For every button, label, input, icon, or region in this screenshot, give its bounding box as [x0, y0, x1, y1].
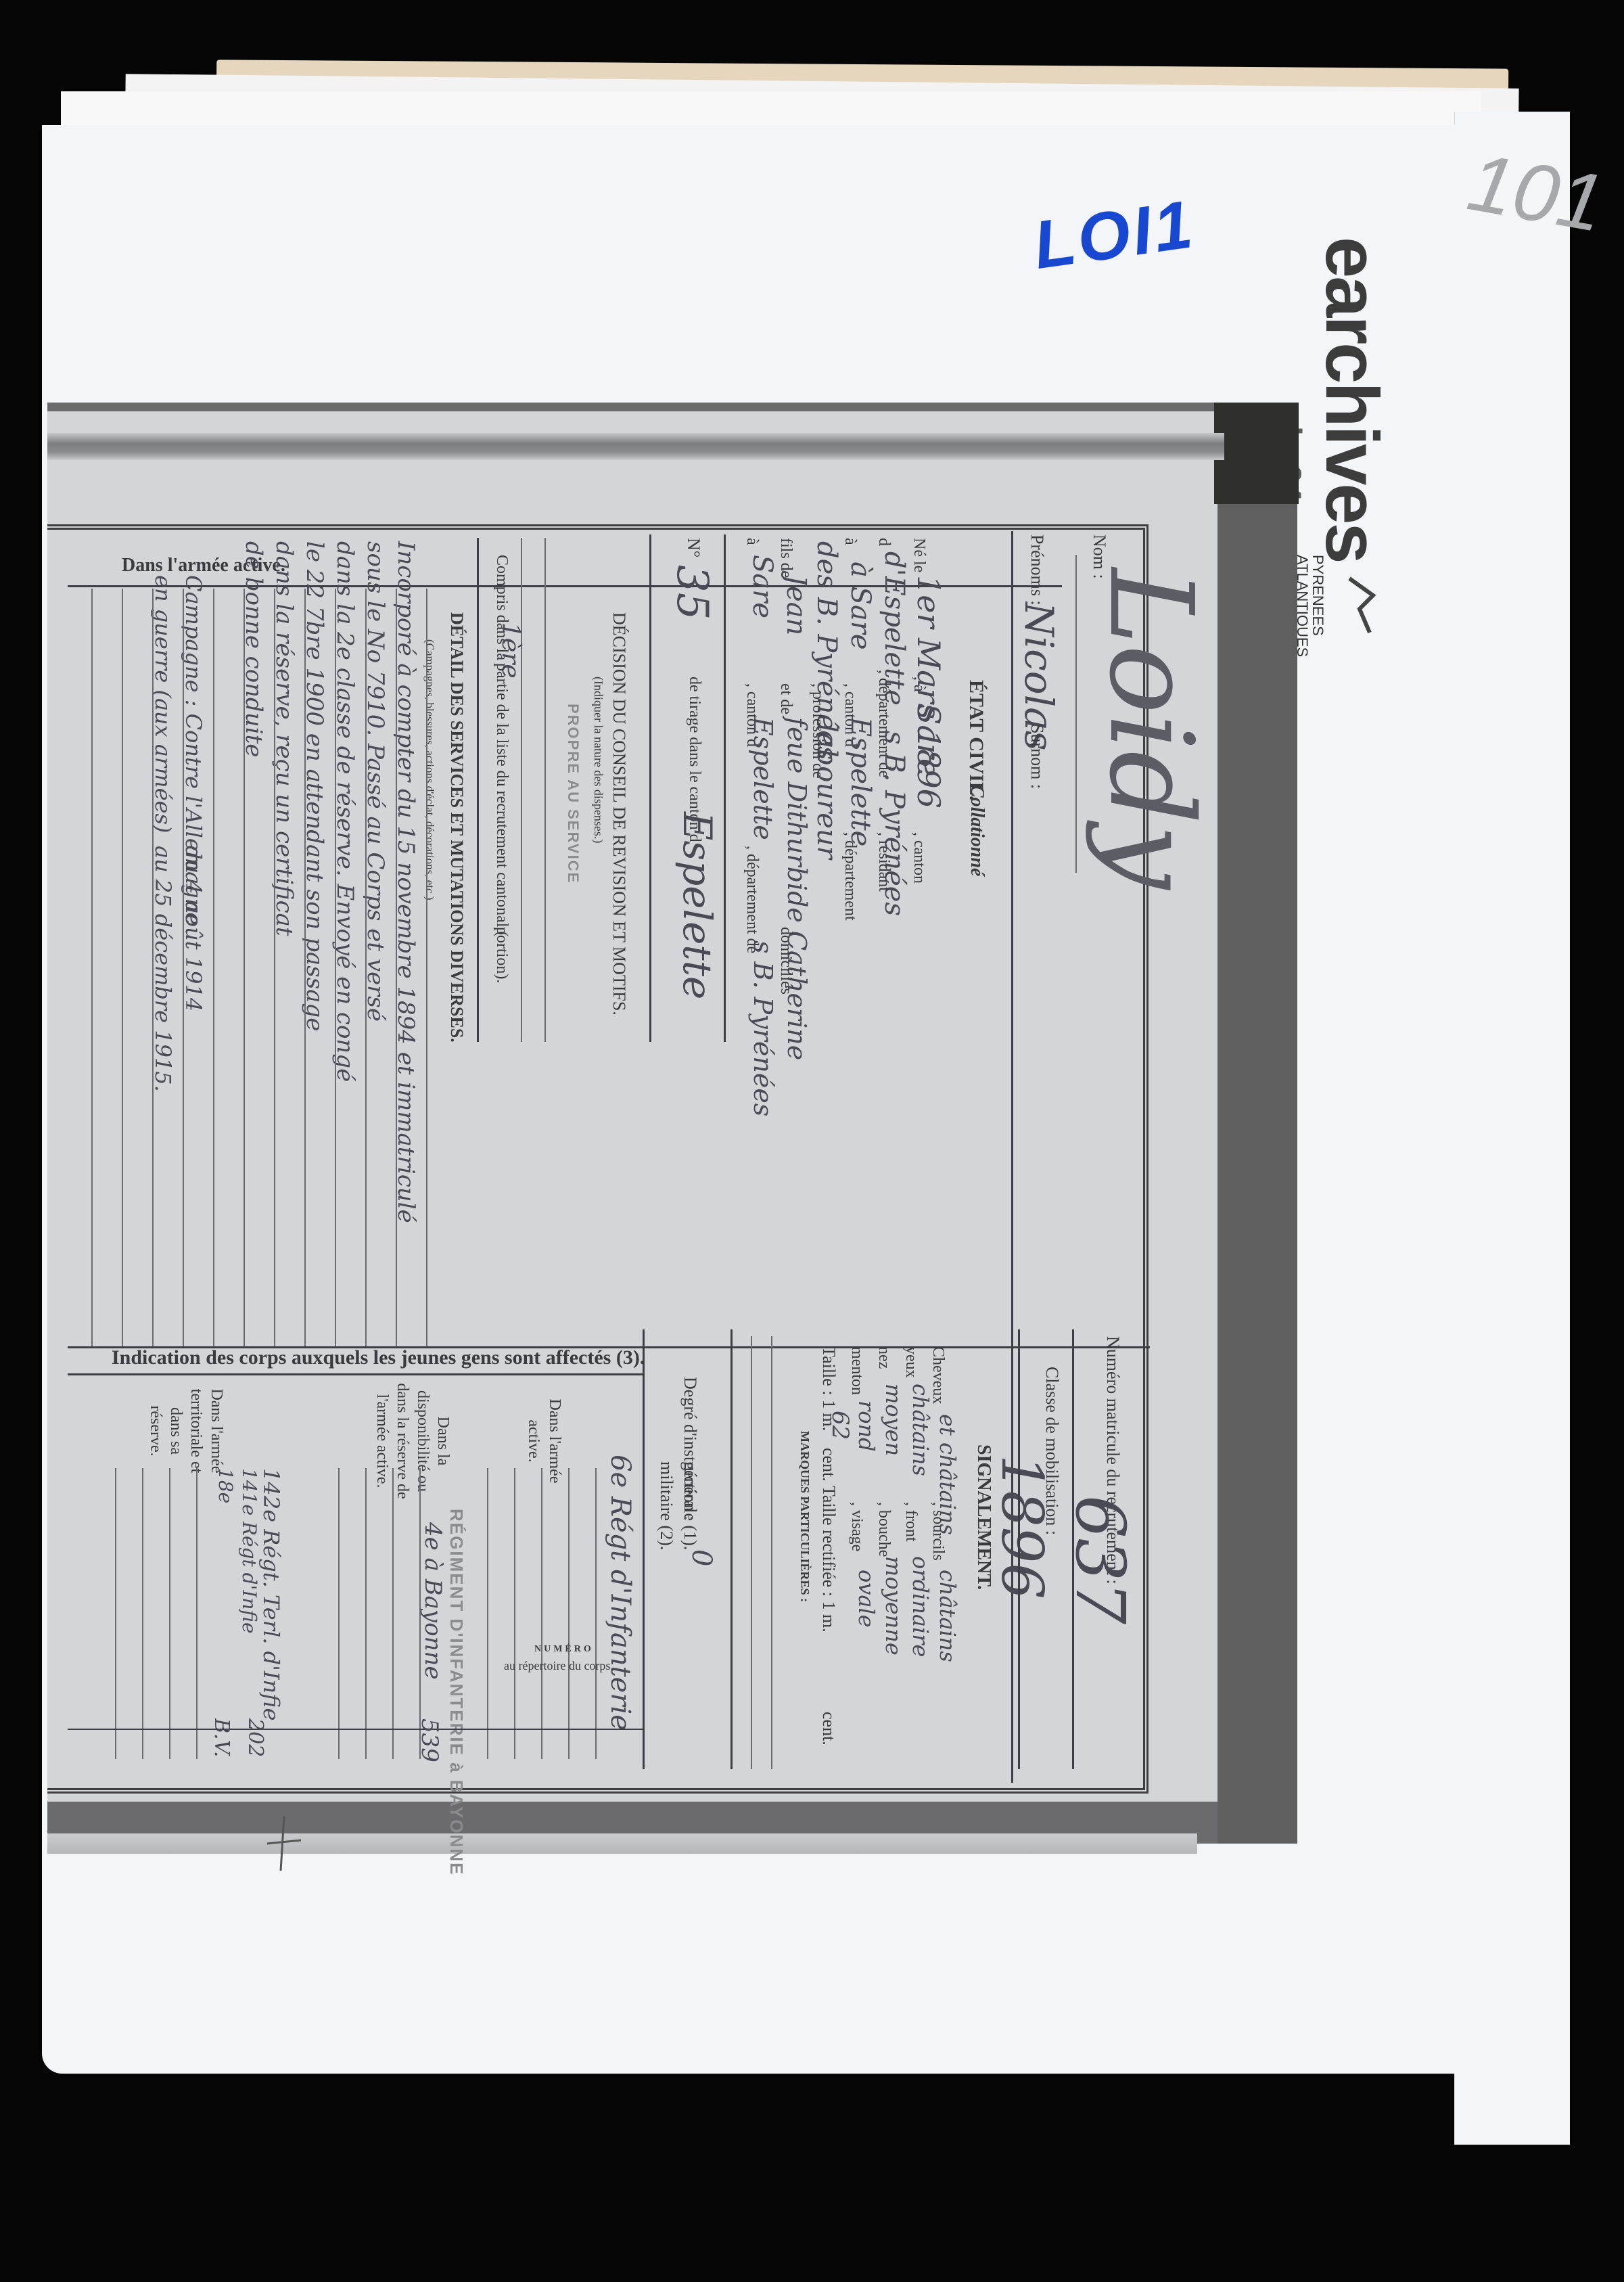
menton-label: menton	[848, 1346, 866, 1395]
repertoire-value: 539	[416, 1718, 443, 1762]
numero-sub: au répertoire du corps.	[504, 1659, 613, 1673]
repertoire-value: 202	[243, 1718, 267, 1757]
sourcils-value: châtains	[935, 1570, 960, 1662]
active-label: Dans l'armée active.	[523, 1394, 565, 1488]
active-value: 6e Régt d'Infanterie	[605, 1455, 636, 1731]
fils-de-value: Jean	[781, 575, 812, 635]
campaign-dates: du 4 août 1914	[181, 846, 206, 1011]
a-label: , à	[910, 677, 928, 692]
militaire-label: militaire (2).	[656, 1461, 676, 1550]
d-label: d	[875, 538, 893, 546]
profession-value: laboureur	[811, 724, 842, 859]
etat-civil-title: ÉTAT CIVIL.	[965, 680, 988, 800]
collationne-label: Collationné	[966, 785, 988, 876]
marques-label: MARQUES PARTICULIÈRES :	[797, 1431, 812, 1602]
domicilies-dep-value: s B. Pyrénées	[748, 940, 778, 1116]
tirage-value: Espelette	[674, 812, 720, 999]
canton2-value: Espelette	[845, 717, 876, 846]
department-name-1: PYRENEES	[1309, 555, 1326, 636]
front-label: , front	[902, 1502, 920, 1542]
surnom-label: Surnom :	[1027, 724, 1047, 789]
domicilies-a-value: Sare	[747, 555, 778, 618]
logo-text: earchives	[1310, 237, 1393, 562]
compris-portion: portion).	[492, 927, 511, 983]
a-value: Sare	[910, 704, 947, 777]
compris-partie-label: partie de la liste du recrutement canton…	[492, 663, 511, 936]
page-edges	[47, 1833, 1197, 1854]
tirage-no-label: N°	[683, 538, 703, 557]
detail-subtitle: (Campagnes, blessures, actions d'éclat, …	[423, 639, 436, 900]
propre-au-service-stamp: PROPRE AU SERVICE	[564, 704, 582, 884]
territoriale-value: 18e	[214, 1468, 237, 1503]
disponibilite-label: Dans la disponibilité ou dans la réserve…	[372, 1380, 453, 1502]
signalement-title: SIGNALEMENT.	[973, 1444, 994, 1590]
generale-value: 0	[686, 1549, 717, 1566]
campaign-line: en guerre (aux armées)	[150, 575, 176, 833]
classe-value: 1896	[989, 1455, 1055, 1599]
book-edge	[47, 433, 1224, 460]
et-de-value: feue Dithurbide Catherine	[782, 717, 812, 1060]
nez-value: moyen	[881, 1384, 906, 1456]
indication-title: Indication des corps auxquels les jeunes…	[112, 1346, 645, 1369]
disponibilite-value: 4e à Bayonne	[419, 1522, 446, 1680]
residant-label: , résidant	[875, 832, 893, 892]
departement2-label: , département	[841, 832, 859, 921]
earchives-logo: earchives	[1309, 237, 1395, 562]
fils-de-label: fils de	[776, 538, 795, 578]
prenoms-label: Prénoms :	[1027, 534, 1047, 606]
bouche-value: moyenne	[881, 1556, 906, 1656]
sourcils-label: , sourcils	[929, 1502, 947, 1561]
domicilies-a-label: à	[743, 538, 761, 545]
taille-rectifiee-label: cent. Taille rectifiée : 1 m.	[818, 1448, 839, 1633]
taille-value: 62	[827, 1411, 854, 1440]
campaign-dates: au 25 décembre 1915.	[150, 846, 176, 1092]
territoriale-label: Dans l'armée territoriale et dans sa rés…	[145, 1380, 227, 1482]
generale-label: générale (1).	[680, 1461, 700, 1550]
et-de-label: et de	[776, 683, 795, 714]
pencil-note: 101	[1462, 141, 1610, 245]
numero-label: NUMÉRO	[534, 1644, 594, 1655]
decision-title: DÉCISION DU CONSEIL DE REVISION ET MOTIF…	[609, 612, 629, 1016]
front-value: ordinaire	[908, 1556, 933, 1657]
book-binding-corner	[1214, 403, 1299, 504]
side-sheet: 101	[1454, 112, 1570, 2145]
book-binding-shadow	[1217, 403, 1297, 1844]
menton-value: rond	[854, 1400, 879, 1452]
bouche-label: , bouche	[875, 1502, 893, 1557]
pencil-cross-mark	[264, 1813, 304, 1874]
regiment-stamp: RÉGIMENT D'INFANTERIE à BAYONNE	[446, 1509, 467, 1876]
taille-rect-cent: cent.	[818, 1712, 839, 1745]
tirage-no-value: 35	[667, 565, 717, 620]
a2-label: à	[841, 538, 859, 545]
nom-value: Loidy	[1084, 568, 1217, 889]
detail-title: DÉTAIL DES SERVICES ET MUTATIONS DIVERSE…	[446, 612, 467, 1043]
decision-subtitle: (Indiquer la nature des dispenses.)	[591, 677, 605, 843]
ne-le-label: Né le	[910, 538, 928, 572]
territoriale-value: 142e Régt. Terl. d'Infie	[258, 1468, 284, 1720]
canton-label: , canton	[910, 832, 928, 884]
domicilies-canton-value: Espelette	[748, 717, 778, 840]
repertoire-value: B.V.	[210, 1718, 233, 1758]
visage-label: , visage	[848, 1502, 866, 1551]
mountain-icon	[1343, 575, 1383, 636]
yeux-value: châtains	[908, 1384, 933, 1476]
visage-value: ovale	[854, 1570, 879, 1628]
territoriale-value: 141e Régt d'Infie	[238, 1468, 260, 1634]
domicilies-label: domiciliés	[776, 927, 795, 995]
nez-label: nez	[875, 1346, 893, 1369]
yeux-label: yeux	[902, 1346, 920, 1378]
residant-value: à Sare	[845, 562, 876, 650]
domicilies-dep-label: , département de	[743, 846, 761, 953]
